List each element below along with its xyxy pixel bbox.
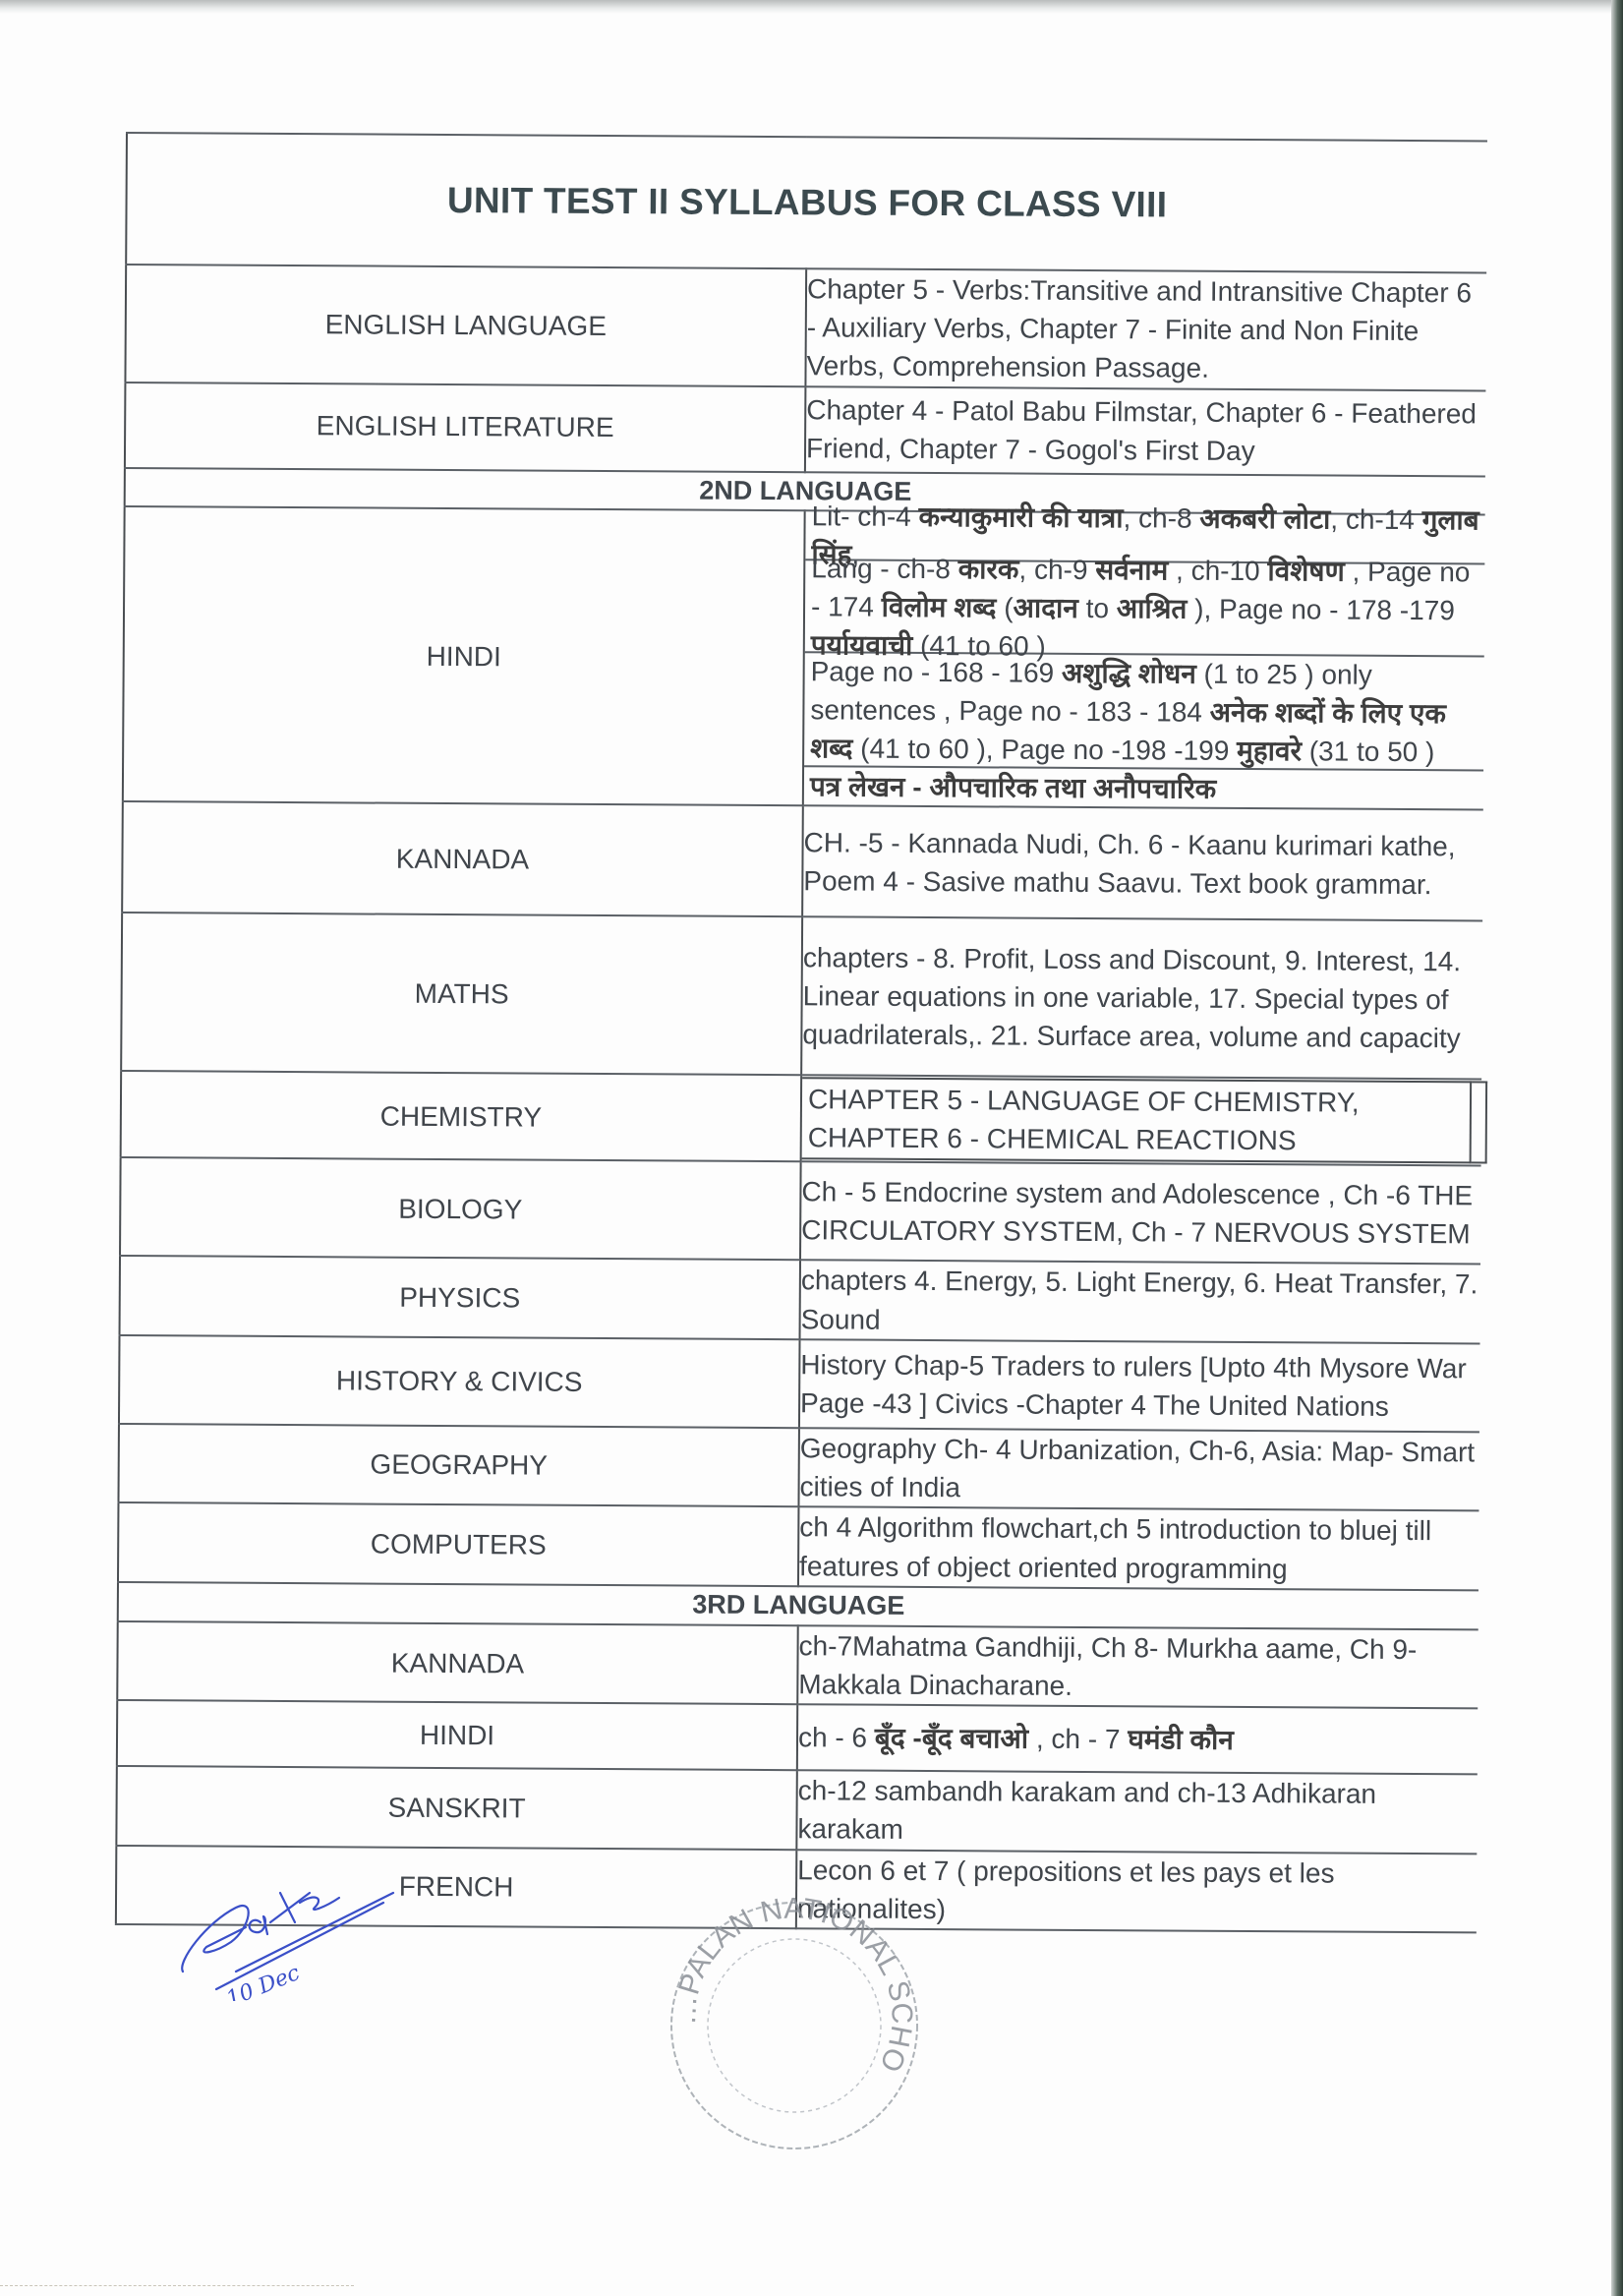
syllabus-content: Chapter 5 - Verbs:Transitive and Intrans… [805,268,1486,390]
hindi-text: अकबरी लोटा [1199,503,1330,535]
hindi-text: विशेषण [1267,556,1344,586]
syllabus-content: Geography Ch- 4 Urbanization, Ch-6, Asia… [798,1428,1478,1511]
subject-chemistry: CHEMISTRY [121,1071,802,1161]
table-row: ENGLISH LITERATUREChapter 4 - Patol Babu… [125,383,1486,476]
hindi-text: सर्वनाम [1095,555,1168,585]
syllabus-table: UNIT TEST II SYLLABUS FOR CLASS VIII ENG… [115,132,1487,1933]
text-run: Lang - ch-8 [811,553,958,584]
table-row: SANSKRITch-12 sambandh karakam and ch-13… [116,1766,1477,1854]
table-row: COMPUTERSch 4 Algorithm flowchart,ch 5 i… [118,1502,1478,1590]
stamp-text: …PALAN NATIONAL SCHOOL [657,1878,918,2077]
text-run: , ch-10 [1168,555,1267,586]
text-run: , ch-8 [1123,502,1199,533]
text-run: Lit- ch-4 [812,500,919,532]
syllabus-content: chapters - 8. Profit, Loss and Discount,… [801,917,1482,1080]
table-row: BIOLOGYCh - 5 Endocrine system and Adole… [120,1157,1481,1264]
subject-geography: GEOGRAPHY [118,1424,798,1507]
table-row: KANNADACH. -5 - Kannada Nudi, Ch. 6 - Ka… [122,801,1483,920]
table-row: PHYSICSchapters 4. Energy, 5. Light Ener… [120,1256,1480,1343]
text-run: Page no - 168 - 169 [811,656,1062,688]
subject-hindi: HINDI [117,1700,797,1770]
double-border [1472,1082,1488,1164]
subject-physics: PHYSICS [120,1256,800,1339]
subject-kannada: KANNADA [117,1621,797,1705]
hindi-subrow: पत्र लेखन - औपचारिक तथा अनौपचारिक [804,768,1483,809]
table-row: KANNADAch-7Mahatma Gandhiji, Ch 8- Murkh… [117,1621,1478,1709]
subject-history-civics: HISTORY & CIVICS [119,1335,800,1428]
table-row: MATHSchapters - 8. Profit, Loss and Disc… [121,913,1482,1079]
text-run: , ch-14 [1330,504,1422,536]
subject-computers: COMPUTERS [118,1502,798,1586]
scan-border-right [1611,0,1623,2296]
table-row: ENGLISH LANGUAGEChapter 5 - Verbs:Transi… [125,265,1486,390]
scan-shadow-top [0,0,1623,14]
subrow-text: Lang - ch-8 कारक, ch-9 सर्वनाम , ch-10 व… [811,549,1481,669]
subject-hindi: HINDI [123,506,805,805]
signature-date: 10 Dec [223,1961,304,2001]
hindi-text: विलोम शब्द [882,591,997,622]
hindi-subrow: Lang - ch-8 कारक, ch-9 सर्वनाम , ch-10 व… [805,561,1485,658]
subrow-text: पत्र लेखन - औपचारिक तथा अनौपचारिक [810,767,1216,808]
chemistry-box: CHAPTER 5 - LANGUAGE OF CHEMISTRY, CHAPT… [802,1078,1488,1164]
table-row: HISTORY & CIVICSHistory Chap-5 Traders t… [119,1335,1480,1432]
page-title: UNIT TEST II SYLLABUS FOR CLASS VIII [126,133,1487,272]
text-run: (41 to 60 ), Page no -198 -199 [852,733,1237,765]
subrow-text: Page no - 168 - 169 अशुद्धि शोधन (1 to 2… [810,652,1480,772]
text-run: ( [996,592,1013,622]
subject-sanskrit: SANSKRIT [116,1766,796,1850]
text-run: ), Page no - 178 -179 [1187,593,1455,625]
text-run: ch-7Mahatma Gandhiji, Ch 8- Murkha aame,… [798,1630,1417,1701]
syllabus-text: CHAPTER 5 - LANGUAGE OF CHEMISTRY, CHAPT… [802,1078,1473,1164]
title-row: UNIT TEST II SYLLABUS FOR CLASS VIII [126,133,1487,272]
scan-artifact-line [0,2285,354,2287]
syllabus-content: Chapter 4 - Patol Babu Filmstar, Chapter… [805,386,1486,476]
hindi-text: आश्रित [1117,593,1188,623]
subject-kannada: KANNADA [122,801,803,916]
school-stamp: …PALAN NATIONAL SCHOOL [657,1878,932,2153]
table-row: CHEMISTRYCHAPTER 5 - LANGUAGE OF CHEMIST… [121,1071,1482,1165]
hindi-subrow: Page no - 168 - 169 अशुद्धि शोधन (1 to 2… [804,654,1484,772]
syllabus-content: Ch - 5 Endocrine system and Adolescence … [800,1162,1481,1265]
hindi-text: कारक [958,554,1019,584]
text-run: ch-12 sambandh karakam and ch-13 Adhikar… [797,1775,1376,1845]
text-run: , ch-9 [1018,554,1095,584]
subject-biology: BIOLOGY [120,1157,801,1260]
syllabus-content: ch 4 Algorithm flowchart,ch 5 introducti… [798,1506,1478,1590]
table-row: HINDIch - 6 बूँद -बूँद बचाओ , ch - 7 घमं… [117,1700,1478,1774]
hindi-text: मुहावरे [1237,736,1302,766]
syllabus-sheet: UNIT TEST II SYLLABUS FOR CLASS VIII ENG… [115,132,1487,1933]
hindi-text: आदान [1013,592,1077,622]
syllabus-content: CH. -5 - Kannada Nudi, Ch. 6 - Kaanu kur… [802,806,1483,921]
text-run: , ch - 7 [1028,1724,1128,1755]
syllabus-content: ch - 6 बूँद -बूँद बचाओ , ch - 7 घमंडी कौ… [797,1704,1478,1774]
hindi-text: पत्र लेखन - औपचारिक तथा अनौपचारिक [810,771,1216,804]
table-row: HINDILit- ch-4 कन्याकुमारी की यात्रा, ch… [123,506,1485,809]
syllabus-content: ch-7Mahatma Gandhiji, Ch 8- Murkha aame,… [797,1625,1478,1709]
syllabus-content: ch-12 sambandh karakam and ch-13 Adhikar… [796,1770,1477,1854]
syllabus-content: History Chap-5 Traders to rulers [Upto 4… [799,1339,1480,1432]
signature: 10 Dec [177,1854,413,2001]
text-run: (31 to 50 ) [1302,736,1435,767]
hindi-text: घमंडी कौन [1128,1724,1234,1755]
syllabus-content: chapters 4. Energy, 5. Light Energy, 6. … [800,1261,1480,1344]
hindi-text: कन्याकुमारी की यात्रा [918,501,1123,533]
text-run: to [1078,593,1117,623]
subject-english-language: ENGLISH LANGUAGE [125,265,806,386]
hindi-text: बूँद -बूँद बचाओ [875,1723,1028,1754]
hindi-text: अशुद्धि शोधन [1062,657,1196,688]
table-row: GEOGRAPHYGeography Ch- 4 Urbanization, C… [118,1424,1478,1511]
syllabus-content: CHAPTER 5 - LANGUAGE OF CHEMISTRY, CHAPT… [801,1076,1482,1166]
text-run: ch - 6 [798,1722,875,1752]
subject-english-literature: ENGLISH LITERATURE [125,383,806,472]
syllabus-content: Lit- ch-4 कन्याकुमारी की यात्रा, ch-8 अक… [803,511,1485,810]
subject-maths: MATHS [121,913,802,1075]
